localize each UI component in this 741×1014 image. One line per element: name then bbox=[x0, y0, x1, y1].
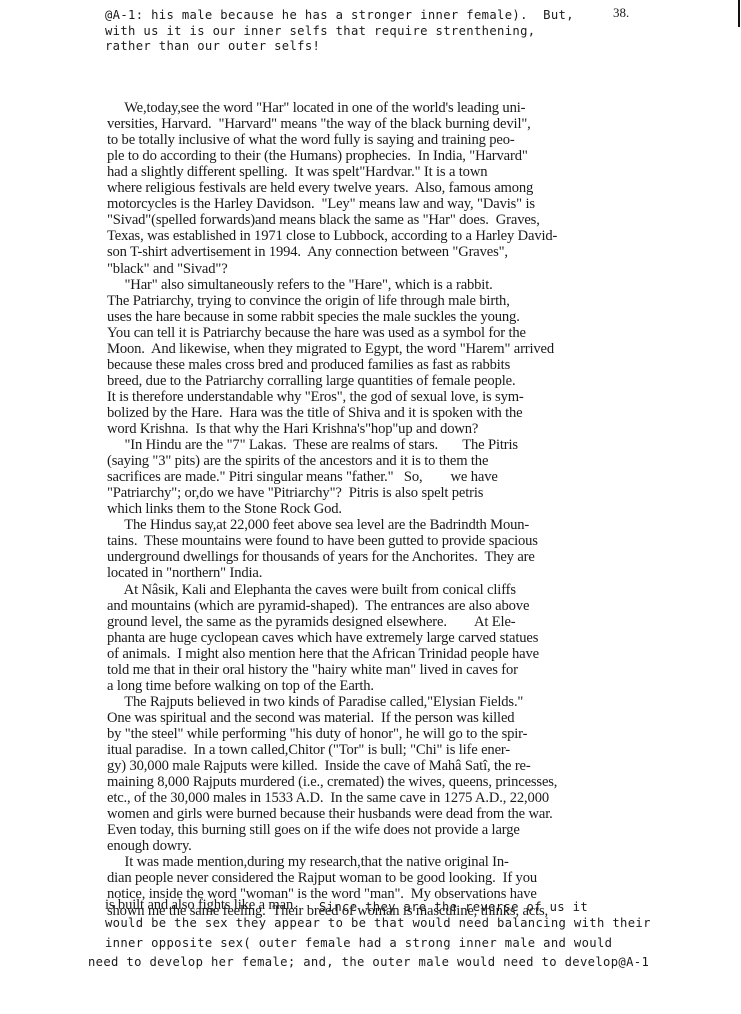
footer-line: would be the sex they appear to be that … bbox=[105, 917, 651, 929]
header-line: rather than our outer selfs! bbox=[105, 40, 320, 52]
body-line: One was spiritual and the second was mat… bbox=[107, 711, 514, 726]
body-line: located in "northern" India. bbox=[107, 566, 262, 581]
body-line: to be totally inclusive of what the word… bbox=[107, 133, 515, 148]
body-line: breed, due to the Patriarchy corralling … bbox=[107, 374, 515, 389]
body-line: son T-shirt advertisement in 1994. Any c… bbox=[107, 245, 508, 260]
body-line: versities, Harvard. "Harvard" means "the… bbox=[107, 117, 531, 132]
body-line: and mountains (which are pyramid-shaped)… bbox=[107, 599, 529, 614]
body-line: Even today, this burning still goes on i… bbox=[107, 823, 520, 838]
body-line: uses the hare because in some rabbit spe… bbox=[107, 310, 520, 325]
body-line: "Har" also simultaneously refers to the … bbox=[107, 278, 493, 293]
body-line: It is therefore understandable why "Eros… bbox=[107, 390, 524, 405]
body-line: The Patriarchy, trying to convince the o… bbox=[107, 294, 510, 309]
body-line: sacrifices are made." Pitri singular mea… bbox=[107, 470, 498, 485]
document-page: 38. @A-1: his male because he has a stro… bbox=[0, 0, 741, 1014]
body-line: of animals. I might also mention here th… bbox=[107, 647, 539, 662]
body-line: underground dwellings for thousands of y… bbox=[107, 550, 535, 565]
body-line: The Hindus say,at 22,000 feet above sea … bbox=[107, 518, 529, 533]
body-line: (saying "3" pits) are the spirits of the… bbox=[107, 454, 488, 469]
body-line: had a slightly different spelling. It wa… bbox=[107, 165, 487, 180]
mixed-line-serif: is built and also fights like a man. bbox=[105, 898, 304, 913]
body-line: maining 8,000 Rajputs murdered (i.e., cr… bbox=[107, 775, 557, 790]
body-line: We,today,see the word "Har" located in o… bbox=[107, 101, 525, 116]
footer-line: inner opposite sex( outer female had a s… bbox=[105, 937, 612, 949]
body-line: where religious festivals are held every… bbox=[107, 181, 533, 196]
body-line: gy) 30,000 male Rajputs were killed. Ins… bbox=[107, 759, 531, 774]
body-line: told me that in their oral history the "… bbox=[107, 663, 518, 678]
page-number: 38. bbox=[613, 5, 629, 21]
scan-edge-mark bbox=[738, 0, 740, 27]
body-line: because these males cross bred and produ… bbox=[107, 358, 510, 373]
body-line: Texas, was established in 1971 close to … bbox=[107, 229, 557, 244]
body-line: ple to do according to their (the Humans… bbox=[107, 149, 528, 164]
body-line: The Rajputs believed in two kinds of Par… bbox=[107, 695, 523, 710]
header-line: @A-1: his male because he has a stronger… bbox=[105, 9, 574, 21]
footer-line: need to develop her female; and, the out… bbox=[88, 956, 649, 968]
body-line: "Sivad"(spelled forwards)and means black… bbox=[107, 213, 540, 228]
body-line: It was made mention,during my research,t… bbox=[107, 855, 509, 870]
body-line: a long time before walking on top of the… bbox=[107, 679, 374, 694]
body-line: tains. These mountains were found to hav… bbox=[107, 534, 538, 549]
body-line: You can tell it is Patriarchy because th… bbox=[107, 326, 526, 341]
body-line: by "the steel" while performing "his dut… bbox=[107, 727, 527, 742]
body-line: phanta are huge cyclopean caves which ha… bbox=[107, 631, 538, 646]
body-line: motorcycles is the Harley Davidson. "Ley… bbox=[107, 197, 535, 212]
body-line: "Patriarchy"; or,do we have "Pitriarchy"… bbox=[107, 486, 483, 501]
body-line: women and girls were burned because thei… bbox=[107, 807, 553, 822]
mixed-line-mono: Since they are the reverse of us it bbox=[319, 901, 588, 913]
body-line: word Krishna. Is that why the Hari Krish… bbox=[107, 422, 478, 437]
body-line: dian people never considered the Rajput … bbox=[107, 871, 537, 886]
header-line: with us it is our inner selfs that requi… bbox=[105, 25, 536, 37]
body-line: etc., of the 30,000 males in 1533 A.D. I… bbox=[107, 791, 549, 806]
body-line: At Nâsik, Kali and Elephanta the caves w… bbox=[107, 583, 516, 598]
body-line: enough dowry. bbox=[107, 839, 192, 854]
body-line: "In Hindu are the "7" Lakas. These are r… bbox=[107, 438, 518, 453]
body-line: ground level, the same as the pyramids d… bbox=[107, 615, 516, 630]
body-line: which links them to the Stone Rock God. bbox=[107, 502, 342, 517]
body-line: Moon. And likewise, when they migrated t… bbox=[107, 342, 554, 357]
body-line: itual paradise. In a town called,Chitor … bbox=[107, 743, 510, 758]
body-line: bolized by the Hare. Hara was the title … bbox=[107, 406, 523, 421]
body-line: "black" and "Sivad"? bbox=[107, 262, 228, 277]
